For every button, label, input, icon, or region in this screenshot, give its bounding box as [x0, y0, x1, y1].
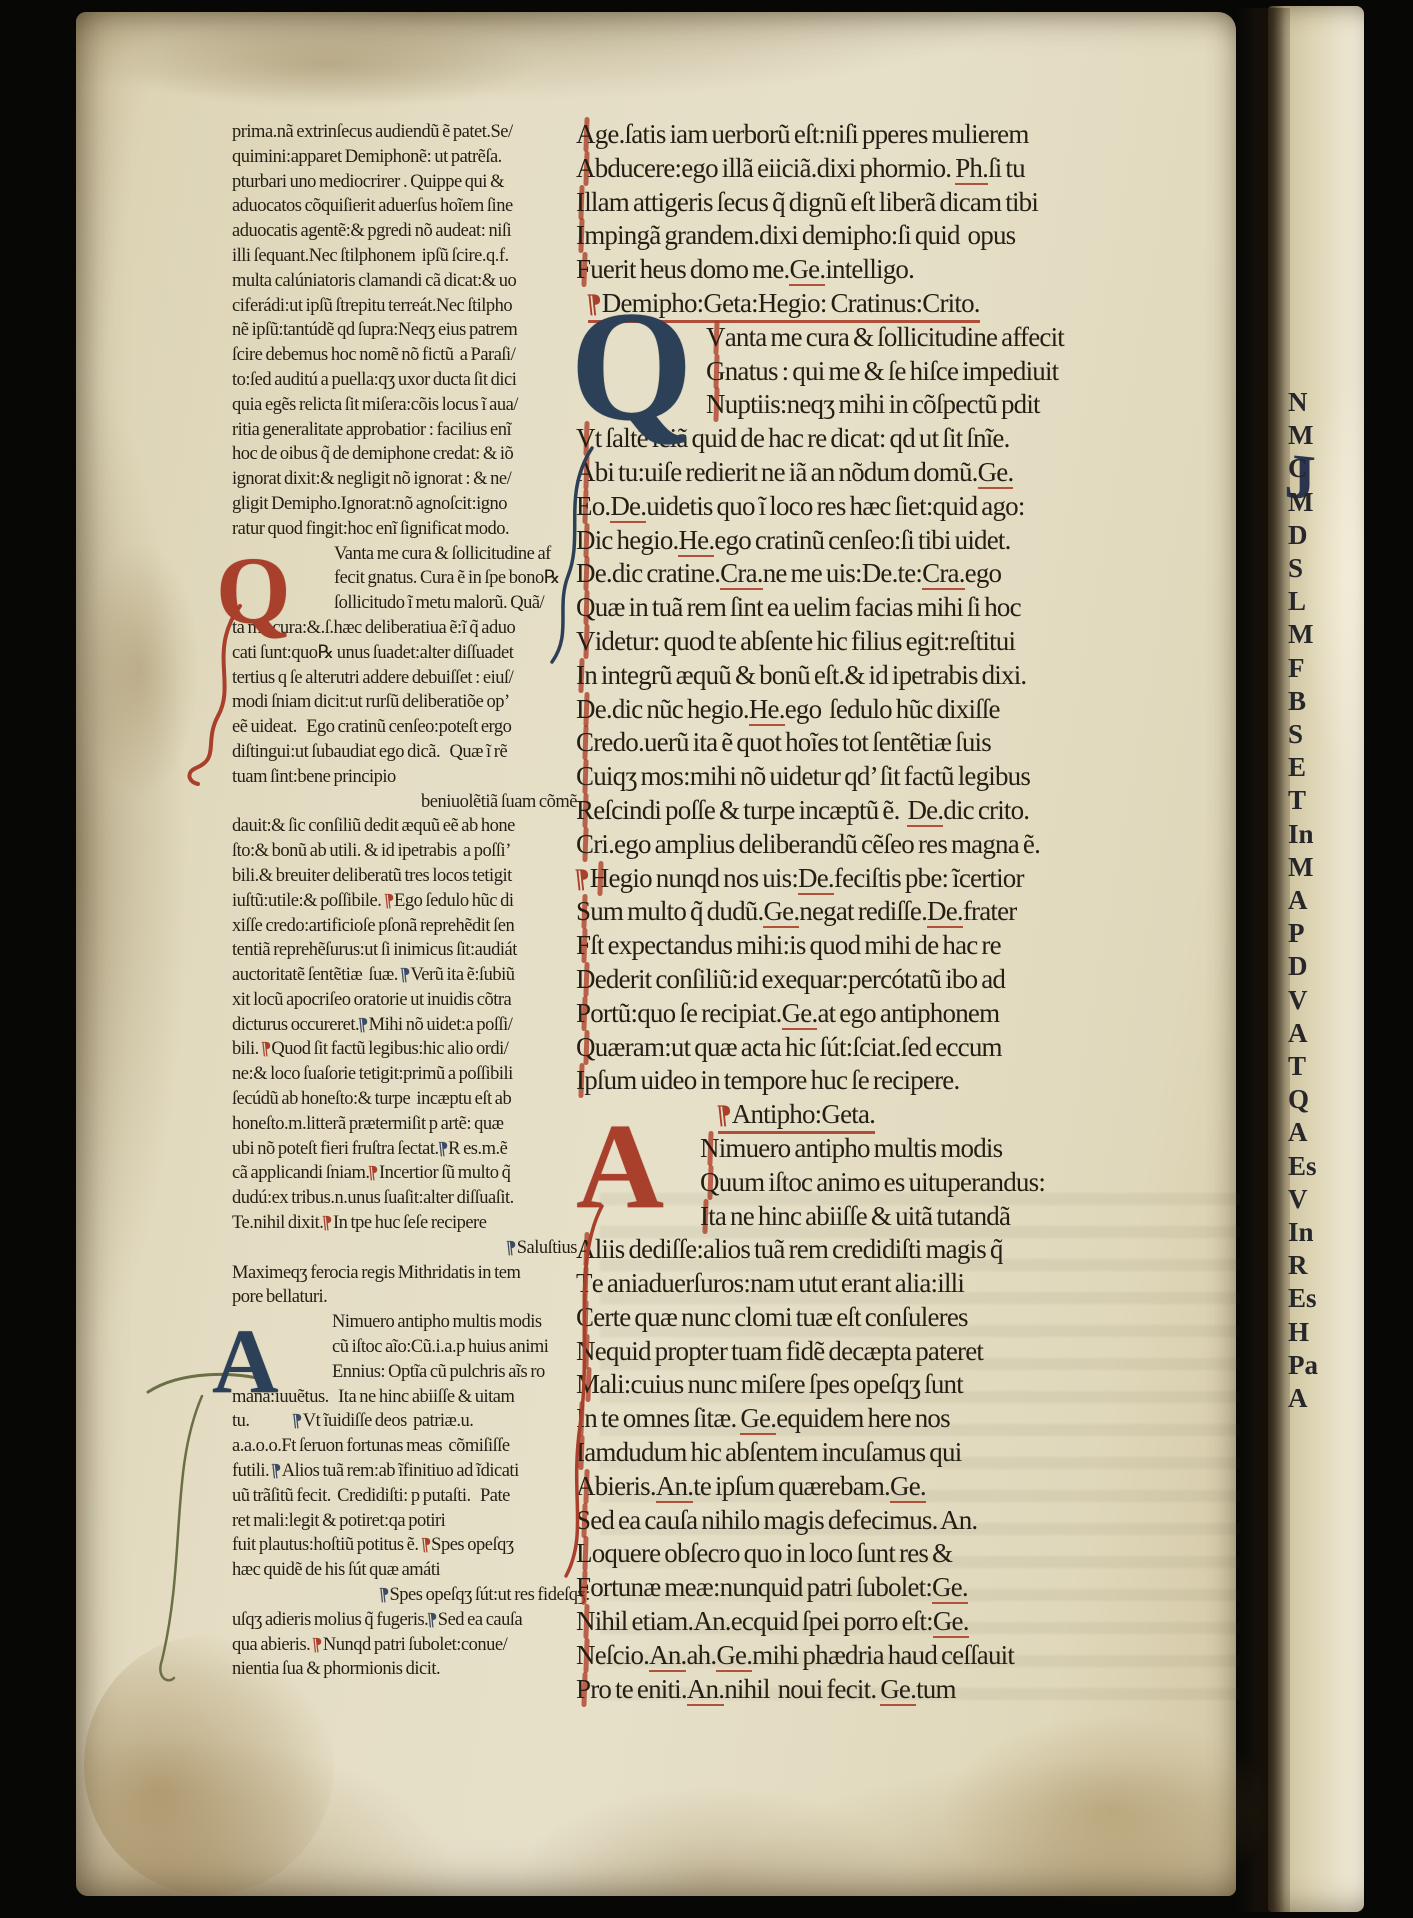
text-line: pore bellaturi. — [232, 1285, 577, 1310]
text-line: ¶Spes opeſqʒ ſút:ut res fideſqʒ: — [232, 1583, 577, 1608]
text-line: Credo.uerũ ita ẽ quot hoĩes tot ſentẽtiæ… — [576, 726, 1244, 760]
text-line: aduocatis agentẽ:& pgredi nõ audeat: niſ… — [232, 219, 577, 244]
text-line: In integrũ æquũ & bonũ eſt.& id ipetrabi… — [576, 659, 1244, 693]
text-line: ubi nõ poteſt fieri fruſtra ſectat.¶R es… — [232, 1137, 577, 1162]
text-line: Nimuero antipho multis modis — [232, 1310, 577, 1335]
next-page-line-fragment: P — [1288, 917, 1360, 950]
text-line: Mali:cuius nunc miſere ſpes opeſqʒ ſunt — [576, 1368, 1244, 1402]
text-line: multa calúniatoris clamandi cã dicat:& u… — [232, 269, 577, 294]
text-line: De.dic nũc hegio.He.ego ſedulo hũc dixiſ… — [576, 693, 1244, 727]
text-line: Loquere obſecro quo in loco ſunt res & — [576, 1537, 1244, 1571]
text-line: tertius q ſe alterutri addere debuiſſet … — [232, 666, 577, 691]
text-line: ¶Hegio nunqd nos uis:De.feciſtis pbe: ĩc… — [576, 862, 1244, 896]
text-line: ignorat dixit:& negligit nõ ignorat : & … — [232, 467, 577, 492]
text-line: Abducere:ego illã eiiciã.dixi phormio. P… — [576, 152, 1244, 186]
text-line: pturbari uno mediocrirer . Quippe qui & — [232, 170, 577, 195]
text-line: Portũ:quo ſe recipiat.Ge.at ego antiphon… — [576, 997, 1244, 1031]
commentary-column: prima.nã extrinſecus audiendũ ẽ patet.Se… — [232, 120, 577, 1682]
text-line: bili.& breuiter deliberatũ tres locos te… — [232, 864, 577, 889]
next-page-line-fragment: H — [1288, 1316, 1360, 1349]
next-page-line-fragment: V — [1288, 984, 1360, 1017]
text-line: illi ſequant.Nec ſtilphonem ipſũ ſcire.q… — [232, 244, 577, 269]
text-line: Eo.De.uidetis quo ĩ loco res hæc ſiet:qu… — [576, 490, 1244, 524]
text-line: Sed ea cauſa nihilo magis defecimus. An. — [576, 1504, 1244, 1538]
text-line: Nimuero antipho multis modis — [576, 1132, 1244, 1166]
text-line: Age.ſatis iam uerborũ eſt:niſi pperes mu… — [576, 118, 1244, 152]
next-page-line-fragment: B — [1288, 685, 1360, 718]
text-line: uũ trãſitũ fecit. Credidiſti: p putaſti.… — [232, 1484, 577, 1509]
text-line: Neſcio.An.ah.Ge.mihi phædria haud ceſſau… — [576, 1639, 1244, 1673]
text-line: Certe quæ nunc clomi tuæ eſt conſuleres — [576, 1301, 1244, 1335]
text-line: cati ſunt:quo℞ unus ſuadet:alter diſſuad… — [232, 641, 577, 666]
next-page-line-fragment: F — [1288, 652, 1360, 685]
next-page-line-fragment: D — [1288, 950, 1360, 983]
text-line: tu. ¶Vt ĩuidiſſe deos patriæ.u. — [232, 1409, 577, 1434]
text-line: ¶Antipho:Geta. — [576, 1098, 1244, 1132]
text-line: dicturus occureret.¶Mihi nõ uidet:a poſſ… — [232, 1013, 577, 1038]
text-line: Nihil etiam.An.ecquid ſpei porro eſt:Ge. — [576, 1605, 1244, 1639]
text-line: tentiã reprehẽſurus:ut ſi inimicus ſit:a… — [232, 938, 577, 963]
next-page-line-fragment: Es — [1288, 1282, 1360, 1315]
text-line: ſcire debemus hoc nomẽ nõ fictũ a Paraſi… — [232, 343, 577, 368]
text-line: bili. ¶Quod ſit factũ legibus:hic alio o… — [232, 1037, 577, 1062]
text-line: ſecúdũ ab honeſto:& turpe incæptu eſt ab — [232, 1087, 577, 1112]
text-line: De.dic cratine.Cra.ne me uis:De.te:Cra.e… — [576, 557, 1244, 591]
drop-initial-a-red: A — [576, 1112, 664, 1222]
text-line: Abi tu:uiſe redierit ne iã an nõdum domũ… — [576, 456, 1244, 490]
next-page-line-fragment: M — [1288, 419, 1360, 452]
text-line: Ita ne hinc abiiſſe & uitã tutandã — [576, 1200, 1244, 1234]
next-page-line-fragment: T — [1288, 1050, 1360, 1083]
text-line: Videtur: quod te abſente hic filius egit… — [576, 625, 1244, 659]
text-line: quia egẽs relicta ſit miſera:cõis locus … — [232, 393, 577, 418]
text-line: a.a.o.o.Ft ſeruon fortunas meas cõmiſiſſ… — [232, 1434, 577, 1459]
next-page-line-fragment: R — [1288, 1249, 1360, 1282]
next-page-line-fragment: T — [1288, 784, 1360, 817]
next-page-line-fragment: E — [1288, 751, 1360, 784]
text-line: tuam ſint:bene principio — [232, 765, 577, 790]
next-page-line-fragment: In — [1288, 818, 1360, 851]
next-page-line-fragment: S — [1288, 552, 1360, 585]
next-page-line-fragment: M — [1288, 618, 1360, 651]
text-line: Quæ in tuã rem ſint ea uelim facias mihi… — [576, 591, 1244, 625]
text-line: Nequid propter tuam fidẽ decæpta pateret — [576, 1335, 1244, 1369]
text-line: Quæram:ut quæ acta hic ſút:ſciat.ſed ecc… — [576, 1031, 1244, 1065]
text-line: ſto:& bonũ ab utili. & id ipetrabis a po… — [232, 839, 577, 864]
text-line: ¶Saluſtius — [232, 1236, 577, 1261]
text-line: Fſt expectandus mihi:is quod mihi de hac… — [576, 929, 1244, 963]
text-line: Iamdudum hic abſentem incuſamus qui — [576, 1436, 1244, 1470]
next-page-line-fragment: A — [1288, 1382, 1360, 1415]
text-line: futili. ¶Alios tuã rem:ab ĩfinitiuo ad ĩ… — [232, 1459, 577, 1484]
text-line: iuſtũ:utile:& poſſibile. ¶Ego ſedulo hũc… — [232, 889, 577, 914]
text-line: gligit Demipho.Ignorat:nõ agnoſcit:igno — [232, 492, 577, 517]
text-line: dudú:ex tribus.n.unus ſuaſit:alter diſſu… — [232, 1186, 577, 1211]
text-line: honeſto.m.litterã prætermiſit p artẽ: qu… — [232, 1112, 577, 1137]
text-line: Dederit conſiliũ:id exequar:percótatũ ib… — [576, 963, 1244, 997]
text-line: Ipſum uideo in tempore huc ſe recipere. — [576, 1064, 1244, 1098]
next-page-line-fragment: A — [1288, 884, 1360, 917]
text-line: mana:iuuẽtus. Ita ne hinc abiiſſe & uita… — [232, 1385, 577, 1410]
text-line: Cri.ego amplius deliberandũ cẽſeo res ma… — [576, 828, 1244, 862]
next-page-line-fragment: V — [1288, 1183, 1360, 1216]
text-line: ne:& loco ſuaſorie tetigit:primũ a poſſi… — [232, 1062, 577, 1087]
text-line: In te omnes ſitæ. Ge.equidem here nos — [576, 1402, 1244, 1436]
next-page-line-fragment: Pa — [1288, 1349, 1360, 1382]
text-line: aduocatos cõquiſierit aduerſus hoĩem ſin… — [232, 194, 577, 219]
text-line: Fortunæ meæ:nunquid patri ſubolet:Ge. — [576, 1571, 1244, 1605]
text-line: Pro te eniti.An.nihil noui fecit. Ge.tum — [576, 1673, 1244, 1707]
text-line: auctoritatẽ ſentẽtiæ ſuæ. ¶Verũ ita ẽ:ſu… — [232, 963, 577, 988]
text-line: Quum iſtoc animo es uituperandus: — [576, 1166, 1244, 1200]
text-line: uſqʒ adieris molius q̃ fugeris.¶Sed ea c… — [232, 1608, 577, 1633]
next-page-letters: NMCMDSLMFBSETInMAPDVATQAEsVInREsHPaA — [1288, 386, 1360, 1415]
next-page-line-fragment: Q — [1288, 1083, 1360, 1116]
next-page-line-fragment: N — [1288, 386, 1360, 419]
next-page-line-fragment: A — [1288, 1116, 1360, 1149]
next-page-line-fragment: C — [1288, 452, 1360, 485]
next-page-line-fragment: D — [1288, 519, 1360, 552]
text-line: Cuiqʒ mos:mihi nõ uidetur qd’ ſit factũ … — [576, 760, 1244, 794]
text-line: cã applicandi ſniam.¶Incertior ſũ multo … — [232, 1161, 577, 1186]
next-page-line-fragment: In — [1288, 1216, 1360, 1249]
drop-initial-a-blue: A — [212, 1320, 278, 1403]
text-line: to:ſed auditú a puella:qʒ uxor ducta ſit… — [232, 368, 577, 393]
text-line: Illam attigeris ſecus q̃ dignũ eſt liber… — [576, 186, 1244, 220]
text-line: Te aniaduerſuros:nam utut erant alia:ill… — [576, 1267, 1244, 1301]
text-line: Reſcindi poſſe & turpe incæptũ ẽ. De.dic… — [576, 794, 1244, 828]
text-line: Te.nihil dixit.¶In tpe huc ſeſe recipere — [232, 1211, 577, 1236]
text-line: ritia generalitate approbatior : faciliu… — [232, 418, 577, 443]
book-scan: prima.nã extrinſecus audiendũ ẽ patet.Se… — [0, 0, 1413, 1918]
next-page-line-fragment: M — [1288, 851, 1360, 884]
text-line: Abieris.An.te ipſum quærebam.Ge. — [576, 1470, 1244, 1504]
text-line: cũ iſtoc aĩo:Cũ.i.a.p huius animi — [232, 1335, 577, 1360]
text-line: Maximeqʒ ferocia regis Mithridatis in te… — [232, 1261, 577, 1286]
text-line: eẽ uideat. Ego cratinũ cenſeo:poteſt erg… — [232, 715, 577, 740]
next-page-line-fragment: S — [1288, 718, 1360, 751]
text-line: xiſſe credo:artificioſe pſonã reprehẽdit… — [232, 914, 577, 939]
text-line: ciferádi:ut ipſũ ſtrepitu terreát.Nec ſt… — [232, 294, 577, 319]
drop-initial-q-blue: Q — [570, 296, 693, 438]
gutter-shadow — [1236, 8, 1290, 1912]
text-line: Ennius: Optĩa cũ pulchris aĩs ro — [232, 1360, 577, 1385]
next-page-line-fragment: L — [1288, 585, 1360, 618]
next-page-line-fragment: Es — [1288, 1150, 1360, 1183]
text-line: beniuolẽtiã ſuam cõmẽ — [232, 790, 577, 815]
next-page-line-fragment: A — [1288, 1017, 1360, 1050]
text-line: quimini:apparet Demiphonẽ: ut patrẽſa. — [232, 145, 577, 170]
text-line: dauit:& ſic conſiliũ dedit æquũ eẽ ab ho… — [232, 814, 577, 839]
text-line: ret mali:legit & potiret:qa potiri — [232, 1509, 577, 1534]
text-line: nientia ſua & phormionis dicit. — [232, 1657, 577, 1682]
text-line: nẽ ipſũ:tantúdẽ qd ſupra:Neqʒ eius patre… — [232, 318, 577, 343]
text-line: fuit plautus:hoſtiũ potitus ẽ. ¶Spes ope… — [232, 1533, 577, 1558]
drop-initial-q-red: Q — [216, 548, 291, 634]
text-line: qua abieris. ¶Nunqd patri ſubolet:conue/ — [232, 1633, 577, 1658]
text-line: modi ſniam dicit:ut rurſũ deliberatiõe o… — [232, 690, 577, 715]
text-line: hoc de oibus q̃ de demiphone credat: & i… — [232, 442, 577, 467]
text-line: xit locũ apocriſeo oratorie ut inuidis c… — [232, 988, 577, 1013]
text-line: Dic hegio.He.ego cratinũ cenſeo:ſi tibi … — [576, 524, 1244, 558]
text-line: diſtingui:ut ſubaudiat ego dicã. Quæ ĩ r… — [232, 740, 577, 765]
next-page-line-fragment: M — [1288, 486, 1360, 519]
text-line: Sum multo q̃ dudũ.Ge.negat rediſſe.De.fr… — [576, 895, 1244, 929]
text-line: hæc quidẽ de his ſút quæ amáti — [232, 1558, 577, 1583]
text-line: Impingã grandem.dixi demipho:ſi quid opu… — [576, 219, 1244, 253]
text-line: prima.nã extrinſecus audiendũ ẽ patet.Se… — [232, 120, 577, 145]
text-line: Aliis dediſſe:alios tuã rem credidiſti m… — [576, 1233, 1244, 1267]
